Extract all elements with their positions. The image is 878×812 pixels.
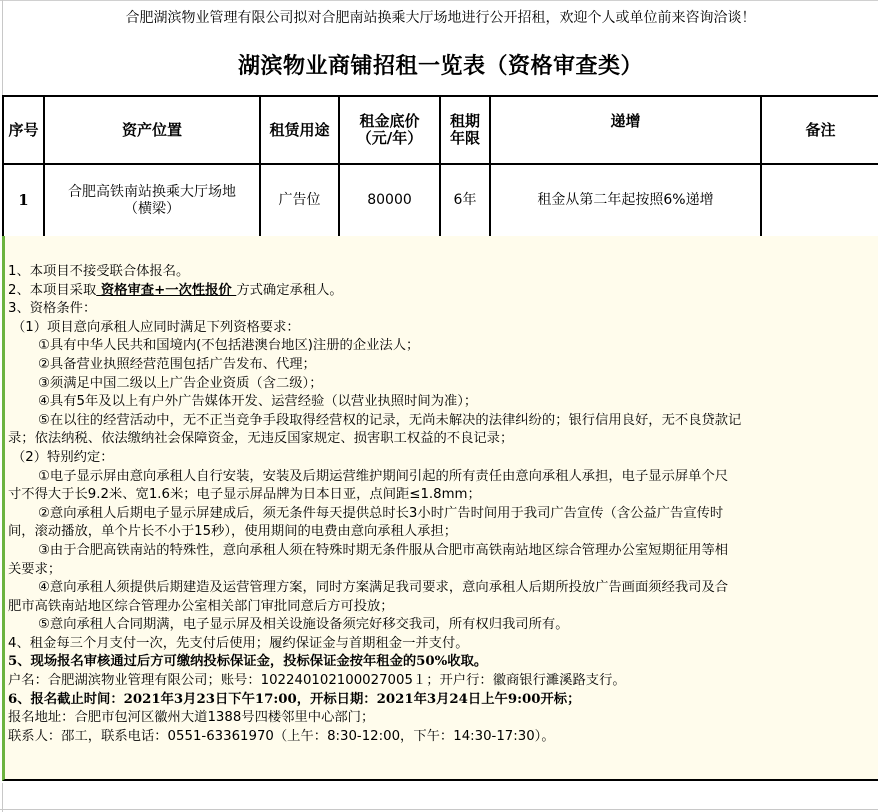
special-term-1-line2: 寸不得大于长9.2米、宽1.6米；电子显示屏品牌为日本日亚，点间距≤1.8mm； xyxy=(8,486,878,505)
special-term-2-line2: 间，滚动播放，单个片长不小于15秒），使用期间的电费由意向承租人承担； xyxy=(8,523,878,542)
requirement-4: ④具有5年及以上有户外广告媒体开发、运营经验（以营业执照时间为准）； xyxy=(8,393,878,412)
cell-no[interactable]: 1 xyxy=(3,164,44,237)
header-term-line2: 年限 xyxy=(443,130,487,147)
notes-cell[interactable]: 1、本项目不接受联合体报名。 2、本项目采取 资格审查+一次性报价 方式确定承租… xyxy=(2,236,878,781)
note-item-3: 3、资格条件： xyxy=(8,300,878,319)
sheet-gridline-top xyxy=(0,0,878,1)
cell-location-line1: 合肥高铁南站换乘大厅场地 xyxy=(47,184,257,201)
special-term-2-line1: ②意向承租人后期电子显示屏建成后，须无条件每天提供总时长3小时广告时间用于我司广… xyxy=(8,505,878,524)
contact-info: 联系人：邵工，联系电话：0551-63361970（上午：8:30-12:00，… xyxy=(8,728,878,747)
header-price[interactable]: 租金底价 （元/年） xyxy=(339,96,440,164)
note-item-6: 6、报名截止时间：2021年3月23日下午17:00，开标日期：2021年3月2… xyxy=(8,691,878,710)
header-location[interactable]: 资产位置 xyxy=(44,96,260,164)
header-term-line1: 租期 xyxy=(443,113,487,130)
requirement-5-line1: ⑤在以往的经营活动中，无不正当竞争手段取得经营权的记录，无尚未解决的法律纠纷的；… xyxy=(8,412,878,431)
cell-remark[interactable] xyxy=(761,164,878,237)
header-usage[interactable]: 租赁用途 xyxy=(260,96,339,164)
header-no[interactable]: 序号 xyxy=(3,96,44,164)
note-item-2-suffix: 方式确定承租人。 xyxy=(236,283,342,298)
header-remark[interactable]: 备注 xyxy=(761,96,878,164)
requirement-3: ③须满足中国二级以上广告企业资质（含二级）； xyxy=(8,375,878,394)
special-term-5: ⑤意向承租人合同期满，电子显示屏及相关设施设备须完好移交我司，所有权归我司所有。 xyxy=(8,616,878,635)
cell-location-line2: （横梁） xyxy=(47,201,257,218)
sheet-gridline-bottom xyxy=(0,809,878,810)
account-info: 户名：合肥湖滨物业管理有限公司；账号：102240102100027005１；开… xyxy=(8,672,878,691)
special-term-3-line2: 关要求； xyxy=(8,561,878,580)
requirement-1: ①具有中华人民共和国境内(不包括港澳台地区)注册的企业法人； xyxy=(8,337,878,356)
note-item-5: 5、现场报名审核通过后方可缴纳投标保证金，投标保证金按年租金的50%收取。 xyxy=(8,653,878,672)
requirement-5-line2: 录；依法纳税、依法缴纳社会保障资金，无违反国家规定、损害职工权益的不良记录； xyxy=(8,430,878,449)
note-item-2: 2、本项目采取 资格审查+一次性报价 方式确定承租人。 xyxy=(8,282,878,301)
cell-price[interactable]: 80000 xyxy=(339,164,440,237)
page-title[interactable]: 湖滨物业商铺招租一览表（资格审查类） xyxy=(3,48,878,84)
special-term-4-line2: 肥市高铁南站地区综合管理办公室相关部门审批同意后方可投放； xyxy=(8,598,878,617)
special-term-4-line1: ④意向承租人须提供后期建造及运营管理方案，同时方案满足我司要求，意向承租人后期所… xyxy=(8,579,878,598)
header-increase[interactable]: 递增 xyxy=(490,96,761,164)
note-item-1: 1、本项目不接受联合体报名。 xyxy=(8,263,878,282)
registration-address: 报名地址：合肥市包河区徽州大道1388号四楼邻里中心部门； xyxy=(8,709,878,728)
note-item-4: 4、租金每三个月支付一次，先支付后使用；履约保证金与首期租金一并支付。 xyxy=(8,635,878,654)
header-price-line2: （元/年） xyxy=(342,130,437,147)
spreadsheet-sheet: 合肥湖滨物业管理有限公司拟对合肥南站换乘大厅场地进行公开招租，欢迎个人或单位前来… xyxy=(0,0,878,812)
special-term-1-line1: ①电子显示屏由意向承租人自行安装，安装及后期运营维护期间引起的所有责任由意向承租… xyxy=(8,468,878,487)
cell-location[interactable]: 合肥高铁南站换乘大厅场地 （横梁） xyxy=(44,164,260,237)
listing-table: 序号 资产位置 租赁用途 租金底价 （元/年） 租期 年限 递增 备注 1 合肥… xyxy=(2,95,878,238)
cell-increase[interactable]: 租金从第二年起按照6%递增 xyxy=(490,164,761,237)
header-term[interactable]: 租期 年限 xyxy=(440,96,490,164)
table-row: 1 合肥高铁南站换乘大厅场地 （横梁） 广告位 80000 6年 租金从第二年起… xyxy=(3,164,878,237)
requirements-title: （1）项目意向承租人应同时满足下列资格要求： xyxy=(8,319,878,338)
header-price-line1: 租金底价 xyxy=(342,113,437,130)
sheet-gridline-bottom-left xyxy=(2,783,3,812)
cell-usage[interactable]: 广告位 xyxy=(260,164,339,237)
requirement-2: ②具备营业执照经营范围包括广告发布、代理； xyxy=(8,356,878,375)
special-terms-title: （2）特别约定： xyxy=(8,449,878,468)
note-item-2-prefix: 2、本项目采取 xyxy=(8,283,96,298)
note-item-2-method: 资格审查+一次性报价 xyxy=(96,283,236,298)
table-header-row: 序号 资产位置 租赁用途 租金底价 （元/年） 租期 年限 递增 备注 xyxy=(3,96,878,164)
notice-text[interactable]: 合肥湖滨物业管理有限公司拟对合肥南站换乘大厅场地进行公开招租，欢迎个人或单位前来… xyxy=(3,6,878,30)
cell-term[interactable]: 6年 xyxy=(440,164,490,237)
special-term-3-line1: ③由于合肥高铁南站的特殊性，意向承租人须在特殊时期无条件服从合肥市高铁南站地区综… xyxy=(8,542,878,561)
